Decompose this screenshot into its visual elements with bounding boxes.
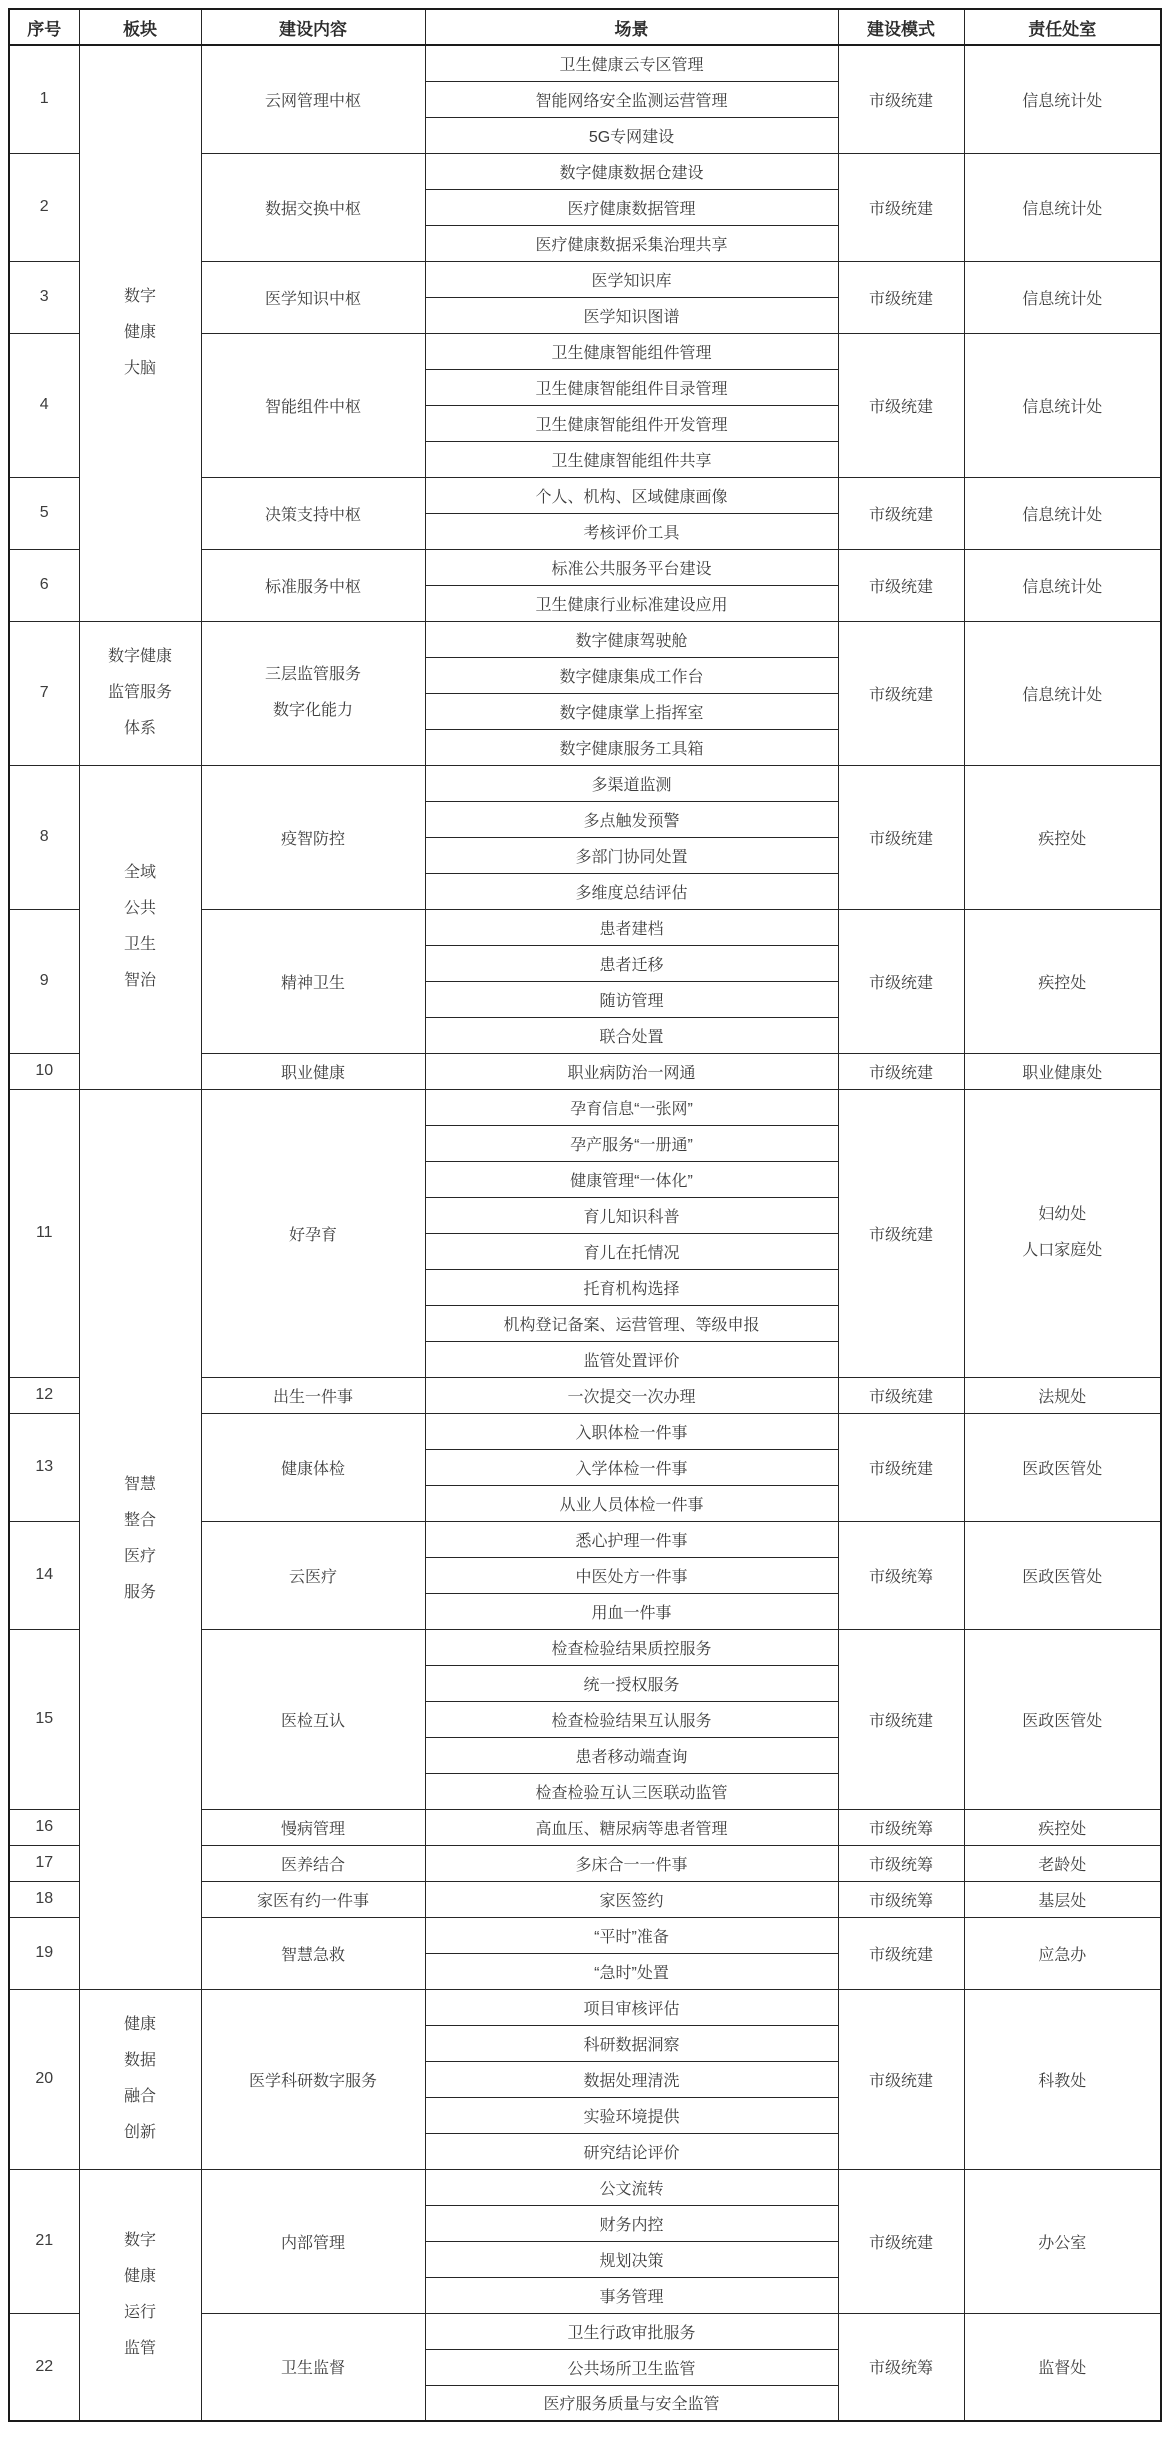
dept-cell: 医政医管处 (964, 1413, 1161, 1521)
scene-cell: 患者迁移 (425, 945, 838, 981)
mode-cell: 市级统建 (838, 333, 964, 477)
dept-cell: 疾控处 (964, 1809, 1161, 1845)
column-header-3: 场景 (425, 9, 838, 45)
row-number-cell: 13 (9, 1413, 79, 1521)
mode-cell: 市级统建 (838, 1629, 964, 1809)
cell-text-line: 健康 (84, 2007, 197, 2043)
scene-cell: 数字健康掌上指挥室 (425, 693, 838, 729)
dept-cell: 信息统计处 (964, 549, 1161, 621)
dept-cell: 信息统计处 (964, 261, 1161, 333)
header-row: 序号板块建设内容场景建设模式责任处室 (9, 9, 1161, 45)
row-number-cell: 20 (9, 1989, 79, 2169)
column-header-2: 建设内容 (201, 9, 425, 45)
row-number-cell: 18 (9, 1881, 79, 1917)
content-cell: 数据交换中枢 (201, 153, 425, 261)
mode-cell: 市级统建 (838, 549, 964, 621)
content-cell: 医养结合 (201, 1845, 425, 1881)
mode-cell: 市级统建 (838, 261, 964, 333)
scene-cell: 多维度总结评估 (425, 873, 838, 909)
row-number-cell: 6 (9, 549, 79, 621)
cell-text-line: 创新 (84, 2115, 197, 2151)
scene-cell: 多渠道监测 (425, 765, 838, 801)
cell-text-line: 数字化能力 (206, 693, 421, 729)
scene-cell: 健康管理“一体化” (425, 1161, 838, 1197)
scene-cell: 联合处置 (425, 1017, 838, 1053)
column-header-0: 序号 (9, 9, 79, 45)
cell-text-line: 健康 (84, 315, 197, 351)
scene-cell: 科研数据洞察 (425, 2025, 838, 2061)
digital-health-construction-table: 序号板块建设内容场景建设模式责任处室 1数字健康大脑云网管理中枢卫生健康云专区管… (8, 8, 1162, 2422)
block-cell: 数字健康运行监管 (79, 2169, 201, 2421)
mode-cell: 市级统建 (838, 1917, 964, 1989)
scene-cell: 数字健康数据仓建设 (425, 153, 838, 189)
dept-cell: 应急办 (964, 1917, 1161, 1989)
content-cell: 家医有约一件事 (201, 1881, 425, 1917)
scene-cell: 个人、机构、区域健康画像 (425, 477, 838, 513)
scene-cell: 中医处方一件事 (425, 1557, 838, 1593)
scene-cell: 检查检验互认三医联动监管 (425, 1773, 838, 1809)
scene-cell: 数据处理清洗 (425, 2061, 838, 2097)
cell-text-line: 服务 (84, 1575, 197, 1611)
dept-cell: 信息统计处 (964, 621, 1161, 765)
cell-text-line: 监管 (84, 2331, 197, 2367)
scene-cell: 悉心护理一件事 (425, 1521, 838, 1557)
scene-cell: 托育机构选择 (425, 1269, 838, 1305)
row-number-cell: 15 (9, 1629, 79, 1809)
mode-cell: 市级统建 (838, 45, 964, 153)
dept-cell: 疾控处 (964, 765, 1161, 909)
cell-text-line: 整合 (84, 1503, 197, 1539)
scene-cell: 医疗服务质量与安全监管 (425, 2385, 838, 2421)
block-cell: 数字健康大脑 (79, 45, 201, 621)
content-cell: 卫生监督 (201, 2313, 425, 2421)
cell-text-line: 智治 (84, 963, 197, 999)
dept-cell: 科教处 (964, 1989, 1161, 2169)
row-number-cell: 11 (9, 1089, 79, 1377)
scene-cell: 医疗健康数据采集治理共享 (425, 225, 838, 261)
dept-cell: 信息统计处 (964, 477, 1161, 549)
row-number-cell: 5 (9, 477, 79, 549)
row-number-cell: 7 (9, 621, 79, 765)
scene-cell: 实验环境提供 (425, 2097, 838, 2133)
cell-text-line: 健康 (84, 2259, 197, 2295)
cell-text-line: 数字 (84, 2223, 197, 2259)
scene-cell: 项目审核评估 (425, 1989, 838, 2025)
table-header: 序号板块建设内容场景建设模式责任处室 (9, 9, 1161, 45)
content-cell: 出生一件事 (201, 1377, 425, 1413)
scene-cell: 数字健康驾驶舱 (425, 621, 838, 657)
cell-text-line: 智慧 (84, 1467, 197, 1503)
dept-cell: 法规处 (964, 1377, 1161, 1413)
cell-text-line: 人口家庭处 (969, 1233, 1157, 1269)
cell-text-line: 大脑 (84, 351, 197, 387)
scene-cell: 医学知识库 (425, 261, 838, 297)
content-cell: 医检互认 (201, 1629, 425, 1809)
content-cell: 医学科研数字服务 (201, 1989, 425, 2169)
table-row: 7数字健康监管服务体系三层监管服务数字化能力数字健康驾驶舱市级统建信息统计处 (9, 621, 1161, 657)
table-body: 1数字健康大脑云网管理中枢卫生健康云专区管理市级统建信息统计处智能网络安全监测运… (9, 45, 1161, 2421)
table-row: 1数字健康大脑云网管理中枢卫生健康云专区管理市级统建信息统计处 (9, 45, 1161, 81)
row-number-cell: 3 (9, 261, 79, 333)
scene-cell: 高血压、糖尿病等患者管理 (425, 1809, 838, 1845)
cell-text-line: 全域 (84, 855, 197, 891)
mode-cell: 市级统筹 (838, 1809, 964, 1845)
dept-cell: 信息统计处 (964, 333, 1161, 477)
row-number-cell: 9 (9, 909, 79, 1053)
mode-cell: 市级统筹 (838, 1881, 964, 1917)
column-header-1: 板块 (79, 9, 201, 45)
scene-cell: “平时”准备 (425, 1917, 838, 1953)
table-row: 8全域公共卫生智治疫智防控多渠道监测市级统建疾控处 (9, 765, 1161, 801)
row-number-cell: 17 (9, 1845, 79, 1881)
scene-cell: 卫生健康行业标准建设应用 (425, 585, 838, 621)
scene-cell: 公共场所卫生监管 (425, 2349, 838, 2385)
scene-cell: 标准公共服务平台建设 (425, 549, 838, 585)
column-header-4: 建设模式 (838, 9, 964, 45)
scene-cell: 卫生健康智能组件开发管理 (425, 405, 838, 441)
scene-cell: 卫生健康智能组件目录管理 (425, 369, 838, 405)
content-cell: 决策支持中枢 (201, 477, 425, 549)
mode-cell: 市级统建 (838, 909, 964, 1053)
scene-cell: 卫生行政审批服务 (425, 2313, 838, 2349)
scene-cell: 统一授权服务 (425, 1665, 838, 1701)
mode-cell: 市级统建 (838, 2169, 964, 2313)
scene-cell: 多床合一一件事 (425, 1845, 838, 1881)
scene-cell: 从业人员体检一件事 (425, 1485, 838, 1521)
cell-text-line: 卫生 (84, 927, 197, 963)
scene-cell: 家医签约 (425, 1881, 838, 1917)
cell-text-line: 数据 (84, 2043, 197, 2079)
dept-cell: 基层处 (964, 1881, 1161, 1917)
content-cell: 内部管理 (201, 2169, 425, 2313)
scene-cell: 监管处置评价 (425, 1341, 838, 1377)
mode-cell: 市级统建 (838, 1089, 964, 1377)
table-row: 21数字健康运行监管内部管理公文流转市级统建办公室 (9, 2169, 1161, 2205)
cell-text-line: 融合 (84, 2079, 197, 2115)
block-cell: 全域公共卫生智治 (79, 765, 201, 1089)
dept-cell: 老龄处 (964, 1845, 1161, 1881)
scene-cell: 公文流转 (425, 2169, 838, 2205)
cell-text-line: 体系 (84, 711, 197, 747)
content-cell: 疫智防控 (201, 765, 425, 909)
cell-text-line: 三层监管服务 (206, 657, 421, 693)
dept-cell: 妇幼处人口家庭处 (964, 1089, 1161, 1377)
scene-cell: 入职体检一件事 (425, 1413, 838, 1449)
dept-cell: 医政医管处 (964, 1629, 1161, 1809)
mode-cell: 市级统建 (838, 1413, 964, 1521)
scene-cell: “急时”处置 (425, 1953, 838, 1989)
scene-cell: 机构登记备案、运营管理、等级申报 (425, 1305, 838, 1341)
row-number-cell: 22 (9, 2313, 79, 2421)
dept-cell: 职业健康处 (964, 1053, 1161, 1089)
dept-cell: 办公室 (964, 2169, 1161, 2313)
row-number-cell: 1 (9, 45, 79, 153)
dept-cell: 医政医管处 (964, 1521, 1161, 1629)
mode-cell: 市级统建 (838, 621, 964, 765)
content-cell: 标准服务中枢 (201, 549, 425, 621)
scene-cell: 孕产服务“一册通” (425, 1125, 838, 1161)
content-cell: 云网管理中枢 (201, 45, 425, 153)
scene-cell: 多点触发预警 (425, 801, 838, 837)
block-cell: 健康数据融合创新 (79, 1989, 201, 2169)
row-number-cell: 12 (9, 1377, 79, 1413)
mode-cell: 市级统建 (838, 153, 964, 261)
content-cell: 精神卫生 (201, 909, 425, 1053)
scene-cell: 医疗健康数据管理 (425, 189, 838, 225)
scene-cell: 多部门协同处置 (425, 837, 838, 873)
column-header-5: 责任处室 (964, 9, 1161, 45)
scene-cell: 育儿在托情况 (425, 1233, 838, 1269)
scene-cell: 卫生健康智能组件管理 (425, 333, 838, 369)
content-cell: 职业健康 (201, 1053, 425, 1089)
content-cell: 智能组件中枢 (201, 333, 425, 477)
scene-cell: 患者移动端查询 (425, 1737, 838, 1773)
row-number-cell: 16 (9, 1809, 79, 1845)
scene-cell: 智能网络安全监测运营管理 (425, 81, 838, 117)
mode-cell: 市级统建 (838, 1377, 964, 1413)
content-cell: 慢病管理 (201, 1809, 425, 1845)
mode-cell: 市级统建 (838, 1053, 964, 1089)
dept-cell: 信息统计处 (964, 45, 1161, 153)
cell-text-line: 医疗 (84, 1539, 197, 1575)
row-number-cell: 8 (9, 765, 79, 909)
scene-cell: 用血一件事 (425, 1593, 838, 1629)
content-cell: 健康体检 (201, 1413, 425, 1521)
block-cell: 智慧整合医疗服务 (79, 1089, 201, 1989)
mode-cell: 市级统筹 (838, 1845, 964, 1881)
row-number-cell: 2 (9, 153, 79, 261)
dept-cell: 监督处 (964, 2313, 1161, 2421)
row-number-cell: 21 (9, 2169, 79, 2313)
mode-cell: 市级统建 (838, 477, 964, 549)
scene-cell: 检查检验结果互认服务 (425, 1701, 838, 1737)
scene-cell: 卫生健康云专区管理 (425, 45, 838, 81)
scene-cell: 医学知识图谱 (425, 297, 838, 333)
cell-text-line: 数字健康 (84, 639, 197, 675)
content-cell: 云医疗 (201, 1521, 425, 1629)
row-number-cell: 14 (9, 1521, 79, 1629)
scene-cell: 育儿知识科普 (425, 1197, 838, 1233)
content-cell: 智慧急救 (201, 1917, 425, 1989)
mode-cell: 市级统建 (838, 1989, 964, 2169)
scene-cell: 入学体检一件事 (425, 1449, 838, 1485)
content-cell: 医学知识中枢 (201, 261, 425, 333)
row-number-cell: 4 (9, 333, 79, 477)
scene-cell: 数字健康服务工具箱 (425, 729, 838, 765)
cell-text-line: 公共 (84, 891, 197, 927)
mode-cell: 市级统筹 (838, 2313, 964, 2421)
dept-cell: 疾控处 (964, 909, 1161, 1053)
scene-cell: 孕育信息“一张网” (425, 1089, 838, 1125)
cell-text-line: 运行 (84, 2295, 197, 2331)
content-cell: 三层监管服务数字化能力 (201, 621, 425, 765)
block-cell: 数字健康监管服务体系 (79, 621, 201, 765)
scene-cell: 规划决策 (425, 2241, 838, 2277)
scene-cell: 卫生健康智能组件共享 (425, 441, 838, 477)
mode-cell: 市级统建 (838, 765, 964, 909)
scene-cell: 检查检验结果质控服务 (425, 1629, 838, 1665)
scene-cell: 患者建档 (425, 909, 838, 945)
scene-cell: 数字健康集成工作台 (425, 657, 838, 693)
cell-text-line: 监管服务 (84, 675, 197, 711)
cell-text-line: 妇幼处 (969, 1197, 1157, 1233)
table-row: 20健康数据融合创新医学科研数字服务项目审核评估市级统建科教处 (9, 1989, 1161, 2025)
scene-cell: 研究结论评价 (425, 2133, 838, 2169)
scene-cell: 事务管理 (425, 2277, 838, 2313)
row-number-cell: 19 (9, 1917, 79, 1989)
mode-cell: 市级统筹 (838, 1521, 964, 1629)
cell-text-line: 数字 (84, 279, 197, 315)
scene-cell: 随访管理 (425, 981, 838, 1017)
scene-cell: 一次提交一次办理 (425, 1377, 838, 1413)
document-page: 序号板块建设内容场景建设模式责任处室 1数字健康大脑云网管理中枢卫生健康云专区管… (0, 0, 1168, 2430)
content-cell: 好孕育 (201, 1089, 425, 1377)
scene-cell: 财务内控 (425, 2205, 838, 2241)
table-row: 11智慧整合医疗服务好孕育孕育信息“一张网”市级统建妇幼处人口家庭处 (9, 1089, 1161, 1125)
row-number-cell: 10 (9, 1053, 79, 1089)
scene-cell: 5G专网建设 (425, 117, 838, 153)
dept-cell: 信息统计处 (964, 153, 1161, 261)
scene-cell: 考核评价工具 (425, 513, 838, 549)
scene-cell: 职业病防治一网通 (425, 1053, 838, 1089)
